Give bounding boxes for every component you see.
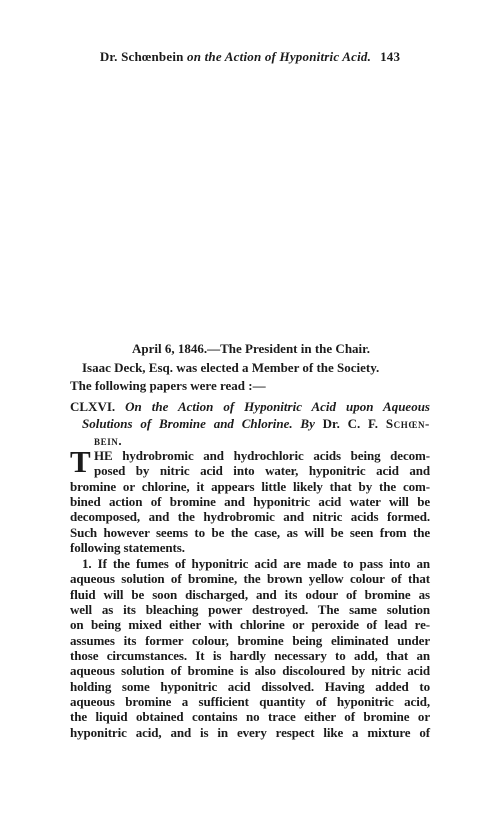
running-header-author: Dr. Schœnbein	[100, 49, 187, 64]
scanned-page: Dr. Schœnbein on the Action of Hyponitri…	[0, 0, 500, 833]
running-header-title: on the Action of Hyponitric Acid.	[187, 49, 371, 64]
text-line: well as its bleaching power destroyed. T…	[70, 602, 430, 617]
paragraph-1: T HE hydrobromic and hydrochloric acids …	[70, 448, 430, 555]
article-byline-continuation: bein.	[94, 433, 122, 448]
text-line: Such however seems to be the case, as wi…	[70, 525, 430, 540]
text-line: following statements.	[70, 540, 430, 555]
text-line: fluid will be soon discharged, and its o…	[70, 587, 430, 602]
text-line: HE hydrobromic and hydrochloric acids be…	[70, 448, 430, 463]
text-line: 1. If the fumes of hyponitric acid are m…	[70, 556, 430, 571]
papers-read-line: The following papers were read :—	[70, 377, 430, 396]
article-heading: CLXVI. On the Action of Hyponitric Acid …	[70, 398, 430, 449]
article-title-line2: Solutions of Bromine and Chlorine. By Dr…	[70, 415, 430, 432]
text-line: decomposed, and the hydrobromic and nitr…	[70, 509, 430, 524]
article-byline-roman: Dr. C. F.	[323, 416, 386, 431]
page-number: 143	[380, 49, 400, 64]
article-title-text: On the Action of Hyponitric Acid upon Aq…	[125, 399, 430, 414]
article-number: CLXVI.	[70, 399, 115, 414]
drop-cap: T	[70, 448, 90, 477]
text-line: those circumstances. It is hardly necess…	[70, 648, 430, 663]
member-election-line: Isaac Deck, Esq. was elected a Member of…	[70, 359, 430, 378]
text-line: the liquid obtained contains no trace ei…	[70, 709, 430, 724]
text-line: bromine or chlorine, it appears little l…	[70, 479, 430, 494]
text-line: aqueous solution of bromine is also disc…	[70, 663, 430, 678]
proceedings-section: April 6, 1846.—The President in the Chai…	[70, 340, 430, 396]
running-header: Dr. Schœnbein on the Action of Hyponitri…	[70, 49, 430, 65]
text-line: aqueous bromine a sufficient quantity of…	[70, 694, 430, 709]
text-line: assumes its former colour, bromine being…	[70, 633, 430, 648]
text-line: holding some hyponitric acid dissolved. …	[70, 679, 430, 694]
text-line: on being mixed either with chlorine or p…	[70, 617, 430, 632]
text-line: aqueous solution of bromine, the brown y…	[70, 571, 430, 586]
article-title-line1: CLXVI. On the Action of Hyponitric Acid …	[70, 398, 430, 415]
article-title-line3: bein.	[70, 432, 430, 449]
text-line: hyponitric acid, and is in every respect…	[70, 725, 430, 740]
text-line: bined action of bromine and hyponitric a…	[70, 494, 430, 509]
text-line: posed by nitric acid into water, hyponit…	[70, 463, 430, 478]
article-byline-smallcaps: Schœn-	[386, 416, 430, 431]
paragraph-2: 1. If the fumes of hyponitric acid are m…	[70, 556, 430, 740]
date-line: April 6, 1846.—The President in the Chai…	[70, 340, 430, 359]
article-title-text2: Solutions of Bromine and Chlorine. By	[82, 416, 323, 431]
